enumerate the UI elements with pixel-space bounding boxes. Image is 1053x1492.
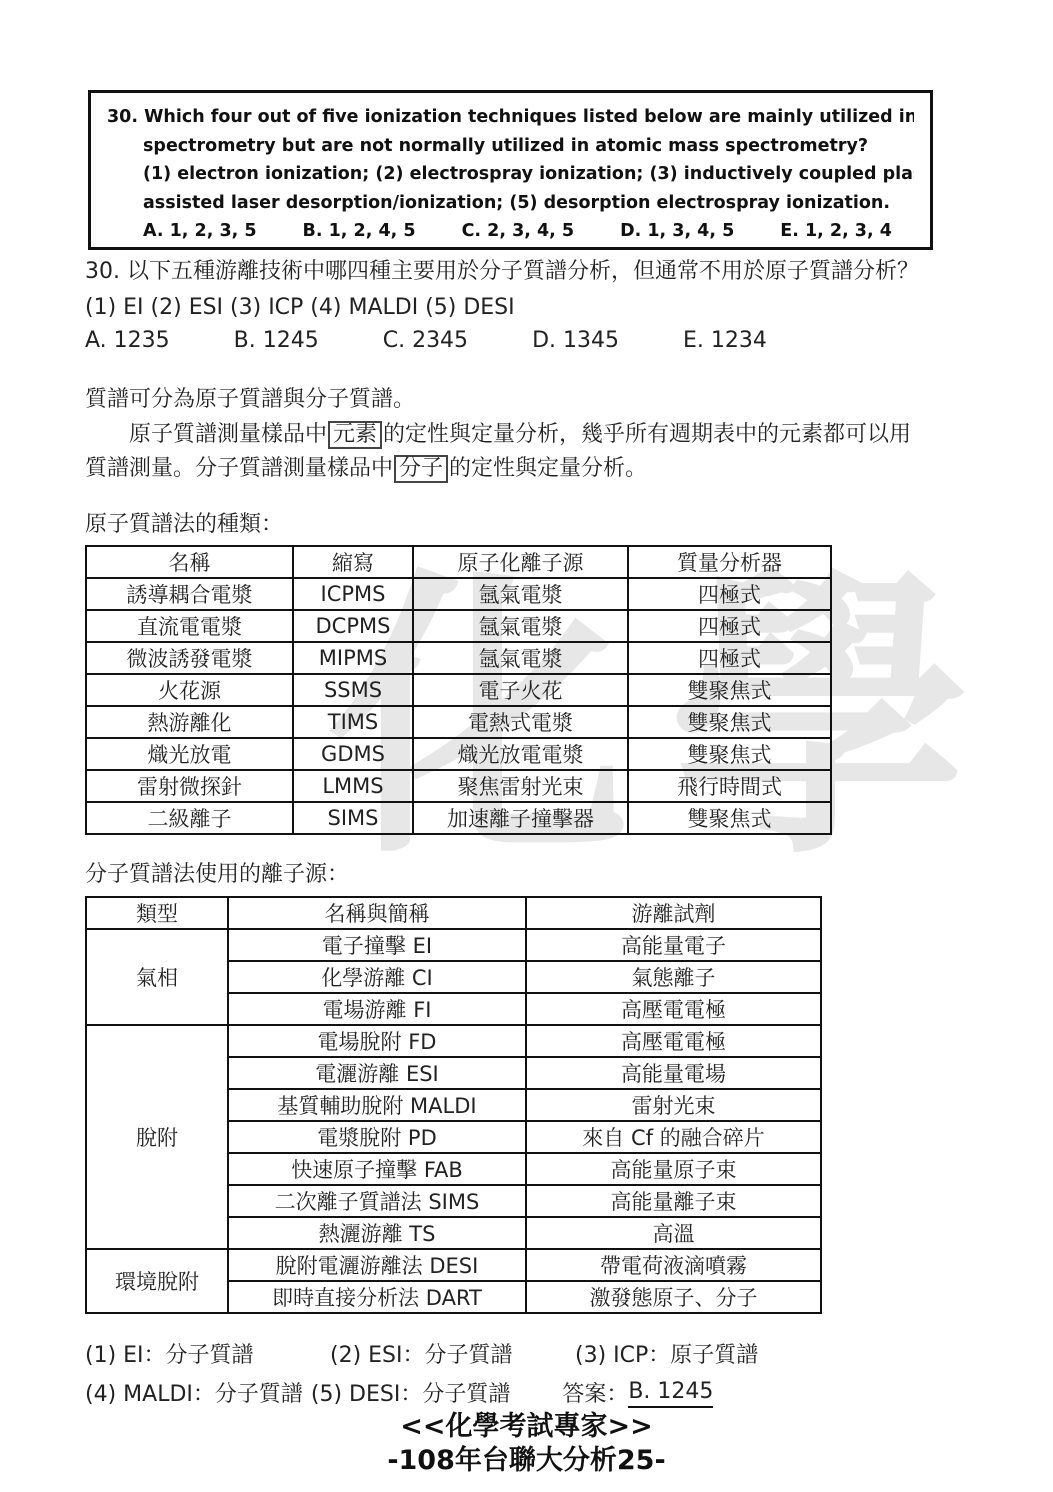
cell-reagent: 氣態離子 [526,961,821,993]
boxed-term-element: 元素 [328,421,382,449]
column-header: 原子化離子源 [413,546,628,578]
molecular-table-title: 分子質譜法使用的離子源： [85,862,349,888]
cell-source: 氬氣電漿 [413,642,628,674]
table-row: 直流電電漿 DCPMS 氬氣電漿 四極式 [86,610,831,642]
cell-method: 二次離子質譜法 SIMS [228,1185,526,1217]
column-header: 質量分析器 [628,546,831,578]
translated-options-row: A. 1235 B. 1245 C. 2345 D. 1345 E. 1234 [85,328,767,354]
cell-analyzer: 四極式 [628,610,831,642]
question-line-4: assisted laser desorption/ionization; (5… [107,189,914,218]
table-row: 微波誘發電漿 MIPMS 氬氣電漿 四極式 [86,642,831,674]
table-row: 雷射微探針 LMMS 聚焦雷射光束 飛行時間式 [86,770,831,802]
option-e-zh: E. 1234 [683,328,767,354]
table-header-row: 名稱 縮寫 原子化離子源 質量分析器 [86,546,831,578]
cell-method: 電灑游離 ESI [228,1057,526,1089]
table-row: 熱游離化 TIMS 電熱式電漿 雙聚焦式 [86,706,831,738]
cell-name: 二級離子 [86,802,293,834]
footer-source: -108年台聯大分析25- [0,1438,1053,1477]
cell-source: 氬氣電漿 [413,578,628,610]
boxed-term-molecule: 分子 [394,455,448,483]
cell-method: 電漿脫附 PD [228,1121,526,1153]
table-row: 環境脫附 脫附電灑游離法 DESI 帶電荷液滴噴霧 [86,1249,821,1281]
cell-analyzer: 雙聚焦式 [628,738,831,770]
cell-reagent: 來自 Cf 的融合碎片 [526,1121,821,1153]
option-d: D. 1, 3, 4, 5 [620,217,734,246]
option-b-zh: B. 1245 [234,328,319,354]
cell-abbr: SIMS [293,802,413,834]
option-b: B. 1, 2, 4, 5 [303,217,416,246]
cell-source: 聚焦雷射光束 [413,770,628,802]
table-row: 誘導耦合電漿 ICPMS 氬氣電漿 四極式 [86,578,831,610]
cell-abbr: GDMS [293,738,413,770]
answer-item-2: (2) ESI：分子質譜 [330,1343,568,1369]
cell-source: 電熱式電漿 [413,706,628,738]
explanation-line-1: 質譜可分為原子質譜與分子質譜。 [85,387,415,413]
answer-item-1: (1) EI：分子質譜 [85,1343,323,1369]
cell-analyzer: 四極式 [628,642,831,674]
option-c: C. 2, 3, 4, 5 [462,217,575,246]
cell-reagent: 高能量電場 [526,1057,821,1089]
explanation-line-2a: 原子質譜測量樣品中元素的定性與定量分析，幾乎所有週期表中的元素都可以用 [129,421,911,449]
cell-analyzer: 雙聚焦式 [628,674,831,706]
cell-source: 氬氣電漿 [413,610,628,642]
option-c-zh: C. 2345 [383,328,468,354]
cell-reagent: 高壓電電極 [526,993,821,1025]
cell-analyzer: 四極式 [628,578,831,610]
cell-reagent: 激發態原子、分子 [526,1281,821,1313]
cell-name: 火花源 [86,674,293,706]
explanation-text: 原子質譜測量樣品中 [129,422,327,447]
explanation-text: 的定性與定量分析，幾乎所有週期表中的元素都可以用 [383,422,911,447]
column-header: 縮寫 [293,546,413,578]
cell-name: 雷射微探針 [86,770,293,802]
cell-method: 電場脫附 FD [228,1025,526,1057]
cell-name: 誘導耦合電漿 [86,578,293,610]
cell-source: 電子火花 [413,674,628,706]
atomic-ms-table: 名稱 縮寫 原子化離子源 質量分析器 誘導耦合電漿 ICPMS 氬氣電漿 四極式… [85,545,832,835]
cell-analyzer: 飛行時間式 [628,770,831,802]
cell-reagent: 高能量離子束 [526,1185,821,1217]
cell-abbr: TIMS [293,706,413,738]
cell-abbr: MIPMS [293,642,413,674]
explanation-text: 的定性與定量分析。 [449,456,647,481]
cell-method: 電場游離 FI [228,993,526,1025]
column-header: 類型 [86,897,228,929]
cell-method: 基質輔助脫附 MALDI [228,1089,526,1121]
group-cell-desorption: 脫附 [86,1025,228,1249]
cell-reagent: 雷射光束 [526,1089,821,1121]
cell-abbr: LMMS [293,770,413,802]
table-row: 氣相 電子撞擊 EI 高能量電子 [86,929,821,961]
option-e: E. 1, 2, 3, 4 [780,217,892,246]
cell-method: 脫附電灑游離法 DESI [228,1249,526,1281]
molecular-ms-table: 類型 名稱與簡稱 游離試劑 氣相 電子撞擊 EI 高能量電子 化學游離 CI 氣… [85,896,822,1314]
question-line-1: 30. Which four out of five ionization te… [107,103,914,132]
option-a: A. 1, 2, 3, 5 [143,217,257,246]
question-box: 30. Which four out of five ionization te… [88,90,933,250]
atomic-table-title: 原子質譜法的種類： [85,512,283,538]
table-row: 熾光放電 GDMS 熾光放電電漿 雙聚焦式 [86,738,831,770]
question-line-3: (1) electron ionization; (2) electrospra… [107,160,914,189]
cell-analyzer: 雙聚焦式 [628,706,831,738]
table-row: 火花源 SSMS 電子火花 雙聚焦式 [86,674,831,706]
table-row: 脫附 電場脫附 FD 高壓電電極 [86,1025,821,1057]
cell-method: 化學游離 CI [228,961,526,993]
cell-reagent: 高能量原子束 [526,1153,821,1185]
cell-name: 微波誘發電漿 [86,642,293,674]
column-header: 名稱與簡稱 [228,897,526,929]
translated-items: (1) EI (2) ESI (3) ICP (4) MALDI (5) DES… [85,295,515,321]
cell-name: 熾光放電 [86,738,293,770]
table-row: 二級離子 SIMS 加速離子撞擊器 雙聚焦式 [86,802,831,834]
answer-breakdown-line-1: (1) EI：分子質譜 (2) ESI：分子質譜 (3) ICP：原子質譜 [85,1343,758,1369]
cell-reagent: 高能量電子 [526,929,821,961]
group-cell-gas-phase: 氣相 [86,929,228,1025]
cell-reagent: 帶電荷液滴噴霧 [526,1249,821,1281]
cell-reagent: 高壓電電極 [526,1025,821,1057]
group-cell-ambient-desorption: 環境脫附 [86,1249,228,1313]
column-header: 游離試劑 [526,897,821,929]
column-header: 名稱 [86,546,293,578]
answer-item-3: (3) ICP：原子質譜 [575,1343,758,1368]
translated-question: 30. 以下五種游離技術中哪四種主要用於分子質譜分析，但通常不用於原子質譜分析？ [85,259,919,285]
option-d-zh: D. 1345 [532,328,619,354]
cell-reagent: 高溫 [526,1217,821,1249]
explanation-text: 質譜測量。分子質譜測量樣品中 [85,456,393,481]
cell-name: 熱游離化 [86,706,293,738]
question-options-row: A. 1, 2, 3, 5 B. 1, 2, 4, 5 C. 2, 3, 4, … [107,217,914,246]
table-header-row: 類型 名稱與簡稱 游離試劑 [86,897,821,929]
cell-method: 熱灑游離 TS [228,1217,526,1249]
cell-abbr: DCPMS [293,610,413,642]
cell-method: 快速原子撞擊 FAB [228,1153,526,1185]
cell-source: 熾光放電電漿 [413,738,628,770]
cell-method: 電子撞擊 EI [228,929,526,961]
cell-method: 即時直接分析法 DART [228,1281,526,1313]
cell-source: 加速離子撞擊器 [413,802,628,834]
cell-abbr: ICPMS [293,578,413,610]
question-line-2: spectrometry but are not normally utiliz… [107,132,914,161]
cell-analyzer: 雙聚焦式 [628,802,831,834]
explanation-line-2b: 質譜測量。分子質譜測量樣品中分子的定性與定量分析。 [85,455,647,483]
cell-name: 直流電電漿 [86,610,293,642]
option-a-zh: A. 1235 [85,328,170,354]
cell-abbr: SSMS [293,674,413,706]
